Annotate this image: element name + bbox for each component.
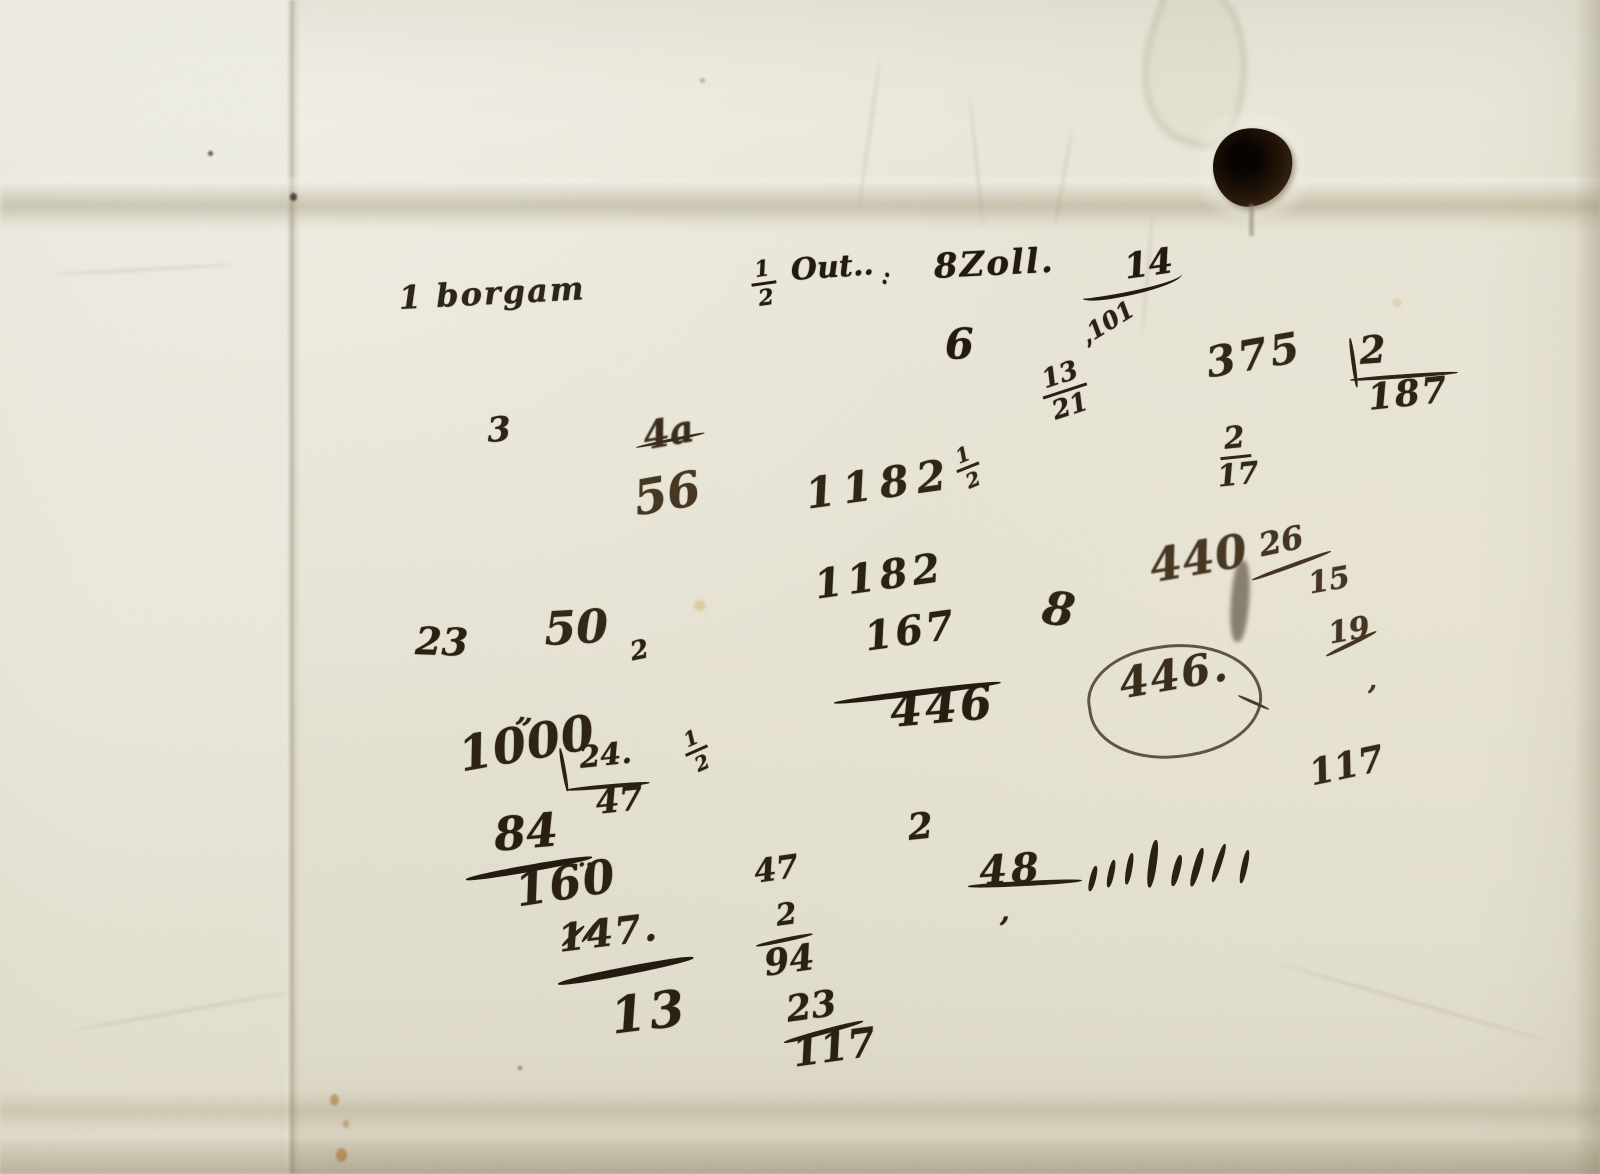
number-56: 56 — [630, 464, 704, 523]
tally-6 — [1188, 847, 1206, 887]
number-6: 6 — [944, 323, 975, 366]
comma-under-48: , — [1000, 898, 1010, 926]
number-47-column: 47 — [752, 850, 801, 888]
number-50: 50 — [543, 603, 609, 652]
manuscript-page: 1 borgamOut....8Zoll.146,101375218734a56… — [0, 0, 1600, 1174]
tally-2 — [1105, 859, 1117, 888]
tally-8 — [1238, 849, 1251, 884]
number-23-left: 23 — [415, 622, 469, 662]
scribble-4a: 4a — [640, 409, 697, 455]
number-2-after-50: 2 — [628, 636, 651, 665]
fraction-half-1000: 12 — [676, 724, 717, 777]
comma-after-19: , — [1368, 668, 1377, 694]
fraction-half-top: 12 — [748, 256, 780, 310]
tally-4 — [1145, 839, 1160, 888]
word-out: Out.. — [790, 250, 875, 286]
superscript-101: ,101 — [1076, 297, 1138, 348]
number-1182-half-row: 1182 — [803, 453, 956, 515]
number-3: 3 — [486, 412, 512, 448]
enclosure-around-446 — [1080, 631, 1270, 771]
fraction-2-17: 217 — [1212, 422, 1261, 493]
word-illegible-cursive: 1 borgam — [398, 272, 586, 314]
tally-7 — [1210, 843, 1228, 883]
number-94: 94 — [762, 939, 817, 982]
number-167: 167 — [862, 605, 959, 657]
ink-layer: 1 borgamOut....8Zoll.146,101375218734a56… — [0, 0, 1600, 1174]
number-8: 8 — [1040, 584, 1078, 634]
number-117-right: 117 — [1306, 740, 1387, 791]
number-1182: 1182 — [812, 548, 948, 606]
number-26: 26 — [1256, 521, 1306, 562]
number-2-column: 2 — [774, 899, 799, 932]
dots-pair: .. — [868, 266, 894, 288]
number-24: 24. — [578, 739, 633, 774]
tally-1 — [1087, 865, 1099, 892]
number-15: 15 — [1306, 563, 1352, 600]
tally-5 — [1169, 854, 1184, 887]
number-375: 375 — [1203, 326, 1305, 384]
number-2-mid: 2 — [906, 807, 935, 845]
number-2-bracket: 2 — [1358, 330, 1387, 370]
number-23-column: 23 — [784, 985, 839, 1028]
tally-3 — [1123, 852, 1134, 885]
fraction-13-21: 1321 — [1034, 356, 1096, 426]
number-84: 84 — [492, 806, 560, 857]
word-8-zoll: 8Zoll. — [933, 244, 1055, 284]
number-13: 13 — [608, 983, 691, 1042]
